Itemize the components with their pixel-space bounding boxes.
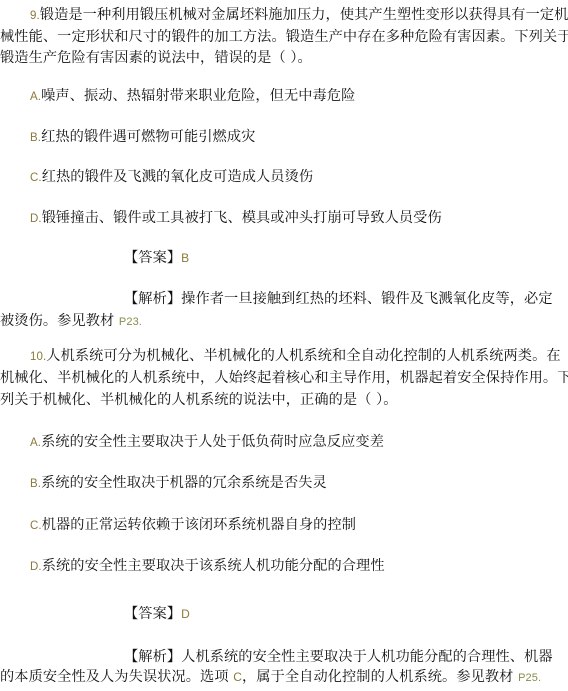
analysis-line: 的本质安全性及人为失误状况。选项 C，属于全自动化控制的人机系统。参见教材 P2…	[0, 667, 541, 688]
question-stem-line: 列关于机械化、半机械化的人机系统的说法中，正确的是（ ）。	[0, 390, 398, 410]
analysis-label: 【解析】	[124, 649, 181, 665]
question-stem-line: 9.锻造是一种利用锻压机械对金属坯料施加压力，使其产生塑性变形以获得具有一定机	[30, 5, 568, 26]
question-number: 9.	[30, 10, 40, 22]
answer-label: 【答案】	[124, 250, 181, 266]
option-b: B.红热的锻件遇可燃物可能引燃成灾	[30, 127, 255, 148]
option-c: C.红热的锻件及飞溅的氧化皮可造成人员烫伤	[30, 167, 313, 188]
question-stem-line: 锻造生产危险有害因素的说法中，错误的是（ ）。	[0, 48, 312, 68]
analysis-label: 【解析】	[124, 291, 181, 307]
option-a: A.噪声、振动、热辐射带来职业危险，但无中毒危险	[30, 86, 355, 107]
question-stem-line: 10.人机系统可分为机械化、半机械化的人机系统和全自动化控制的人机系统两类。在	[30, 346, 561, 367]
question-stem-line: 械性能、一定形状和尺寸的锻件的加工方法。锻造生产中存在多种危险有害因素。下列关于	[0, 27, 568, 47]
textbook-reference: P25.	[518, 672, 541, 684]
option-a: A.系统的安全性主要取决于人处于低负荷时应急反应变差	[30, 432, 384, 453]
analysis-line: 【解析】人机系统的安全性主要取决于人机功能分配的合理性、机器	[124, 647, 553, 667]
analysis-line: 被烫伤。参见教材 P23.	[0, 311, 142, 332]
question-stem-line: 机械化、半机械化的人机系统中，人始终起着核心和主导作用，机器起着安全保持作用。下	[0, 368, 568, 388]
answer-value: D	[181, 607, 190, 621]
answer: 【答案】D	[124, 604, 190, 624]
question-number: 10.	[30, 351, 46, 363]
answer-value: B	[181, 251, 189, 265]
option-c: C.机器的正常运转依赖于该闭环系统机器自身的控制	[30, 515, 356, 536]
answer-label: 【答案】	[124, 606, 181, 622]
option-d: D.系统的安全性主要取决于该系统人机功能分配的合理性	[30, 556, 385, 577]
option-d: D.锻锤撞击、锻件或工具被打飞、模具或冲头打崩可导致人员受伤	[30, 208, 442, 229]
textbook-reference: P23.	[119, 316, 142, 328]
answer: 【答案】B	[124, 248, 189, 268]
analysis-line: 【解析】操作者一旦接触到红热的坯料、锻件及飞溅氧化皮等，必定	[124, 289, 553, 309]
option-b: B.系统的安全性取决于机器的冗余系统是否失灵	[30, 473, 327, 494]
